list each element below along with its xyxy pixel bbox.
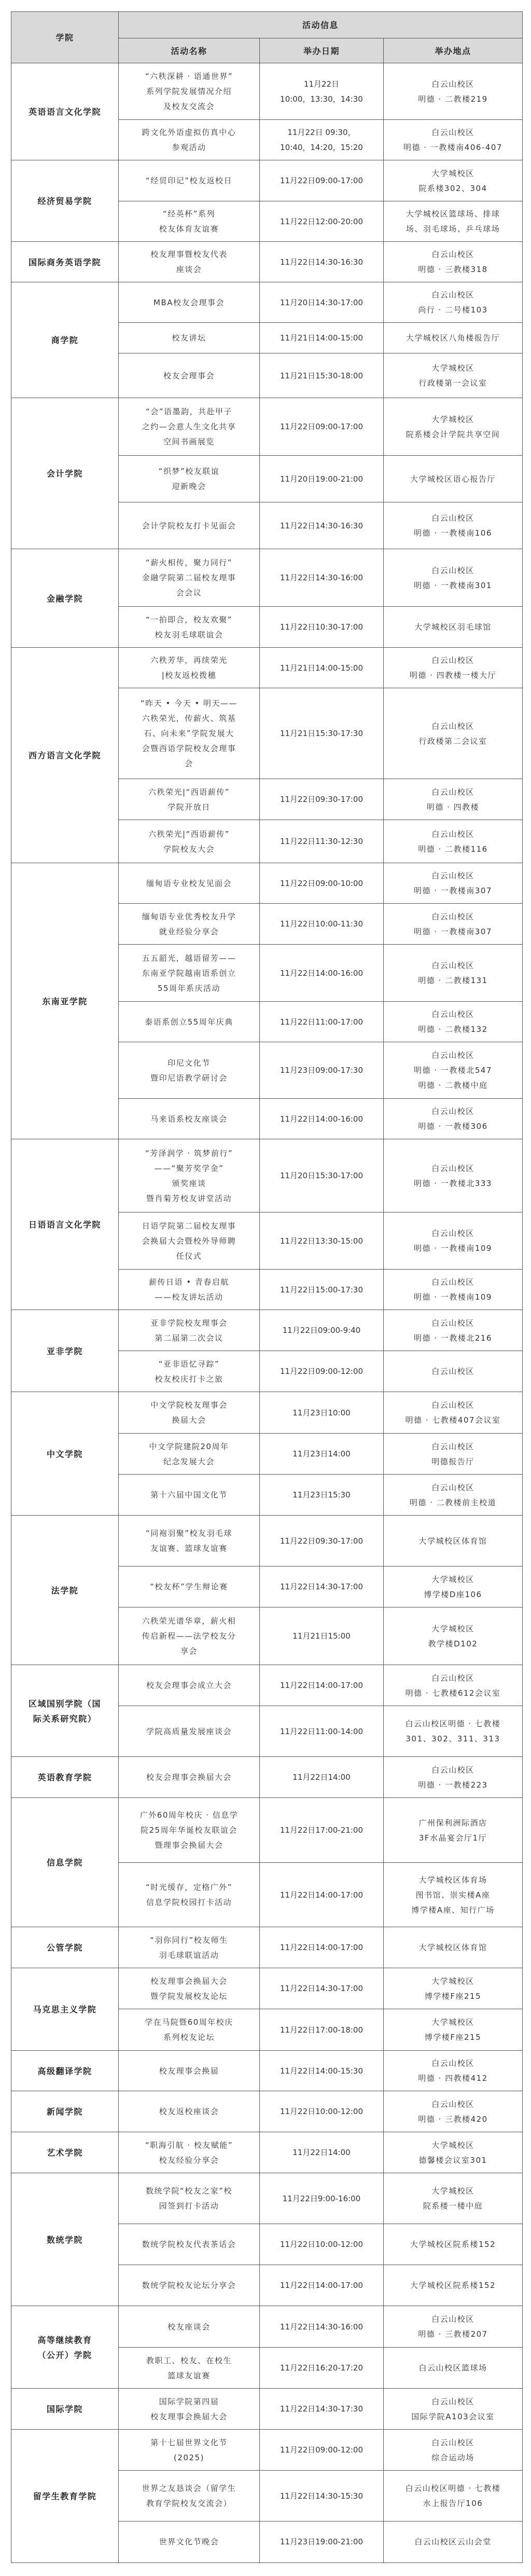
event-date-cell: 11月22日09:00-12:00	[259, 1351, 384, 1393]
event-name-cell-text: 校友会理事会成立大会	[146, 1678, 232, 1693]
event-place-cell-text: 白云山校区 明德 · 一教楼南301	[414, 563, 492, 593]
event-date-cell-text: 11月22日11:00-14:00	[280, 1724, 363, 1739]
event-name-cell-text: 中文学院校友理事会 换届大会	[150, 1398, 228, 1428]
event-date-cell-text: 11月22日14:30-17:00	[280, 1579, 363, 1594]
event-date-cell-text: 11月21日15:30-17:30	[280, 726, 363, 741]
event-place-cell-text: 大学城校区八角楼报告厅	[406, 331, 500, 346]
event-place-cell: 白云山校区 明德 · 二教楼131	[383, 944, 523, 1002]
header-activity-info: 活动信息	[118, 11, 523, 38]
event-place-cell-text: 大学城校区 博学楼F座215	[425, 1974, 481, 2004]
header-place-label: 举办地点	[435, 44, 471, 59]
event-place-cell: 白云山校区 明德 · 一教楼南406-407	[383, 119, 523, 161]
event-date-cell: 11月22日14:30-16:30	[259, 241, 384, 283]
event-place-cell: 白云山校区 明德 · 一教楼南307	[383, 903, 523, 945]
event-place-cell: 白云山校区篮球场	[383, 2347, 523, 2389]
event-date-cell: 11月22日14:00-17:00	[259, 1862, 384, 1928]
college-name-cell: 留学生教育学院	[11, 2429, 119, 2563]
event-place-cell-text: 白云山校区 明德 · 四教楼一楼大厅	[410, 653, 496, 683]
event-date-cell-text: 11月22日11:30-12:30	[280, 834, 363, 849]
college-name-cell: 国际商务英语学院	[11, 241, 119, 283]
event-name-cell-text: 缅甸语专业校友见面会	[146, 876, 232, 891]
event-place-cell-text: 白云山校区 明德 · 一教楼南106	[414, 511, 492, 541]
event-date-cell-text: 11月22日14:30-15:30	[280, 2489, 363, 2504]
event-date-cell-text: 11月21日14:00-15:00	[280, 661, 363, 676]
event-place-cell: 大学城校区体育场 图书馆、崇实楼A座 博学楼A座、知行广场	[383, 1862, 523, 1928]
event-name-cell: 六秩荣光|“西语薪传” 学院校友大会	[118, 820, 260, 864]
header-activity-info-label: 活动信息	[302, 18, 339, 33]
college-name-cell: 法学院	[11, 1515, 119, 1666]
event-place-cell-text: 大学城校区体育馆	[418, 1534, 487, 1549]
event-place-cell-text: 白云山校区 明德 · 一教楼北216	[414, 1316, 492, 1346]
event-date-cell-text: 11月23日19:00-21:00	[280, 2534, 363, 2550]
event-place-cell-text: 大学城校区 院系楼一楼中庭	[423, 2184, 483, 2214]
event-place-cell: 大学城校区体育馆	[383, 1927, 523, 1969]
college-name-cell-text: 英语语言文化学院	[29, 104, 101, 119]
event-place-cell: 白云山校区云山会堂	[383, 2521, 523, 2563]
event-place-cell: 大学城校区 博学楼D座106	[383, 1566, 523, 1608]
event-date-cell: 11月22日12:00-20:00	[259, 201, 384, 242]
event-place-cell-text: 白云山校区 明德 · 二教楼219	[418, 77, 487, 107]
event-date-cell-text: 11月22日9:00-16:00	[283, 2191, 361, 2206]
event-name-cell: “职海引航 · 校友赋能” 校友经验分享会	[118, 2132, 260, 2174]
event-name-cell-text: “亚非语忆寻踪” 校友校庆打卡之旅	[155, 1357, 223, 1387]
event-name-cell: “同袍羽聚”校友羽毛球 友谊赛、篮球友谊赛	[118, 1515, 260, 1567]
event-name-cell: “芳泽润学 · 筑梦前行” ——“聚芳奖学金” 颁奖座谈 暨肖菊芳校友讲堂活动	[118, 1139, 260, 1213]
event-date-cell-text: 11月23日15:30	[292, 1488, 350, 1503]
event-name-cell: 校友返校座谈会	[118, 2091, 260, 2133]
event-place-cell: 白云山校区 尚行 · 二号楼103	[383, 282, 523, 323]
event-date-cell: 11月22日14:30-16:30	[259, 502, 384, 550]
event-name-cell-text: 学院高质量发展座谈会	[146, 1724, 232, 1739]
event-place-cell-text: 白云山校区	[431, 1364, 474, 1379]
event-date-cell: 11月21日14:00-15:00	[259, 322, 384, 354]
event-date-cell-text: 11月22日17:00-18:00	[280, 2023, 363, 2038]
event-place-cell-text: 白云山校区 明德 · 一教楼南307	[414, 868, 492, 898]
header-college-label: 学院	[55, 30, 74, 45]
event-place-cell-text: 大学城校区篮球场、排球 场、羽毛球场、乒乓球场	[406, 207, 500, 237]
event-name-cell-text: 学在马院暨60周年校庆 系列校友论坛	[145, 2015, 233, 2045]
event-place-cell: 大学城校区 院系楼会计学院共享空间	[383, 398, 523, 456]
college-name-cell-text: 亚非学院	[47, 1344, 83, 1359]
college-name-cell-text: 商学院	[51, 333, 79, 348]
event-name-cell-text: “经贸印记”校友返校日	[146, 173, 232, 188]
event-name-cell: 国际学院第四届 校友理事会换届大会	[118, 2388, 260, 2430]
event-name-cell: 数统学院“校友之家”校 园签到打卡活动	[118, 2173, 260, 2225]
header-place: 举办地点	[383, 38, 523, 64]
event-place-cell-text: 大学城校区体育场 图书馆、崇实楼A座 博学楼A座、知行广场	[411, 1873, 494, 1918]
event-place-cell: 大学城校区羽毛球馆	[383, 606, 523, 648]
event-date-cell-text: 11月22日10:00-11:30	[280, 917, 363, 932]
event-place-cell-text: 大学城校区体育馆	[418, 1940, 487, 1955]
college-name-cell-text: 东南亚学院	[42, 994, 88, 1009]
event-name-cell: 跨文化外语虚拟仿真中心 参观活动	[118, 119, 260, 161]
event-date-cell-text: 11月23日09:00-17:30	[280, 1063, 363, 1078]
event-place-cell: 大学城校区篮球场、排球 场、羽毛球场、乒乓球场	[383, 201, 523, 242]
college-name-cell: 新闻学院	[11, 2091, 119, 2133]
event-name-cell: 日语学院第二届校友理事 会换届大会暨校外导师聘 任仪式	[118, 1212, 260, 1270]
college-name-cell: 东南亚学院	[11, 863, 119, 1140]
event-date-cell-text: 11月22日14:00	[292, 1770, 350, 1785]
event-date-cell-text: 11月20日15:30-17:00	[280, 1168, 363, 1183]
event-date-cell: 11月22日10:00-12:00	[259, 2091, 384, 2133]
event-name-cell: 中文学院校友理事会 换届大会	[118, 1392, 260, 1434]
event-name-cell: 亚非学院校友理事会 第二届第二次会议	[118, 1310, 260, 1352]
event-place-cell-text: 白云山校区 国际学院A103会议室	[411, 2394, 494, 2424]
event-name-cell: 第十七届世界文化节 (2025)	[118, 2429, 260, 2471]
header-date-label: 举办日期	[303, 44, 340, 59]
event-date-cell: 11月22日14:30-15:30	[259, 2470, 384, 2522]
event-name-cell-text: 校友会理事会换届大会	[146, 1770, 232, 1785]
event-date-cell-text: 11月22日14:30-16:30	[280, 519, 363, 534]
college-name-cell-text: 中文学院	[47, 1447, 83, 1462]
event-place-cell: 白云山校区 明德 · 三教楼420	[383, 2091, 523, 2133]
event-place-cell: 大学城校区 院系楼一楼中庭	[383, 2173, 523, 2225]
college-name-cell-text: 国际学院	[47, 2402, 83, 2417]
event-place-cell-text: 白云山校区 行政楼第二会议室	[418, 719, 487, 749]
college-name-cell-text: 马克思主义学院	[33, 2002, 97, 2017]
event-date-cell: 11月22日14:00-15:30	[259, 2050, 384, 2092]
event-name-cell-text: 缅甸语专业优秀校友升学 就业经验分享会	[142, 909, 236, 939]
event-name-cell: 数统学院校友论坛分享会	[118, 2265, 260, 2307]
event-place-cell-text: 白云山校区云山会堂	[414, 2534, 492, 2550]
event-place-cell: 白云山校区 明德 · 一教楼306	[383, 1098, 523, 1140]
event-date-cell: 11月22日10:00-11:30	[259, 903, 384, 945]
event-date-cell: 11月20日15:30-17:00	[259, 1139, 384, 1213]
event-date-cell: 11月22日11:00-14:00	[259, 1706, 384, 1757]
event-date-cell-text: 11月21日15:30-18:00	[280, 369, 363, 384]
event-name-cell: 校友理事会换届大会 暨学院发展校友论坛	[118, 1968, 260, 2010]
event-date-cell: 11月22日09:00-17:00	[259, 398, 384, 456]
event-date-cell: 11月22日15:00-17:30	[259, 1269, 384, 1311]
event-date-cell-text: 11月22日14:30-16:00	[280, 570, 363, 585]
event-date-cell-text: 11月22日12:00-20:00	[280, 214, 363, 229]
event-place-cell: 白云山校区 明德 · 二教楼116	[383, 820, 523, 864]
event-date-cell-text: 11月22日14:00-17:00	[280, 1678, 363, 1693]
college-name-cell: 信息学院	[11, 1797, 119, 1928]
event-place-cell: 白云山校区明德 · 七教楼 水上报告厅106	[383, 2470, 523, 2522]
event-name-cell-text: “羽你同行”校友师生 羽毛球联谊活动	[150, 1933, 228, 1963]
event-name-cell-text: 跨文化外语虚拟仿真中心 参观活动	[142, 125, 236, 155]
event-date-cell-text: 11月22日14:30-17:30	[280, 2402, 363, 2417]
event-date-cell-text: 11月22日09:00-12:00	[280, 1364, 363, 1379]
event-date-cell-text: 11月22日09:00-12:00	[280, 2443, 363, 2458]
event-date-cell: 11月22日14:00-16:00	[259, 1098, 384, 1140]
college-name-cell: 亚非学院	[11, 1310, 119, 1393]
college-name-cell-text: 西方语言文化学院	[29, 748, 101, 763]
event-name-cell-text: 薪传日语 • 青春启航 ——校友讲坛活动	[149, 1275, 229, 1305]
event-place-cell: 广州保利洲际酒店 3F水晶宴会厅1厅	[383, 1797, 523, 1863]
event-date-cell: 11月20日14:30-17:00	[259, 282, 384, 323]
event-place-cell: 白云山校区明德 · 七教楼 301、302、311、313	[383, 1706, 523, 1757]
college-name-cell-text: 艺术学院	[47, 2145, 83, 2160]
event-place-cell-text: 白云山校区 明德 · 二教楼131	[418, 958, 487, 988]
event-place-cell-text: 白云山校区 明德 · 四教楼412	[418, 2056, 487, 2086]
event-name-cell: 校友座谈会	[118, 2306, 260, 2348]
event-place-cell-text: 白云山校区 明德 · 一教楼南307	[414, 909, 492, 939]
event-date-cell-text: 11月22日09:30-17:00	[280, 1534, 363, 1549]
college-name-cell-text: 国际商务英语学院	[29, 255, 101, 270]
event-date-cell-text: 11月22日14:00-17:00	[280, 1888, 363, 1903]
event-place-cell: 大学城校区院系楼152	[383, 2265, 523, 2307]
event-date-cell: 11月23日10:00	[259, 1392, 384, 1434]
event-date-cell: 11月22日 10:00，13:30，14:30	[259, 63, 384, 120]
event-name-cell: “时光缓存，定格广外” 信息学院校园打卡活动	[118, 1862, 260, 1928]
college-name-cell-text: 高级翻译学院	[37, 2064, 92, 2079]
college-name-cell: 商学院	[11, 282, 119, 399]
event-place-cell-text: 白云山校区 明德报告厅	[431, 1439, 474, 1469]
event-place-cell: 白云山校区 明德 · 七教楼407会议室	[383, 1392, 523, 1434]
college-name-cell-text: 区域国别学院（国 际关系研究院）	[29, 1696, 101, 1726]
college-name-cell-text: 高等继续教育 （公开）学院	[37, 2333, 92, 2363]
event-name-cell: 校友理事暨校友代表 座谈会	[118, 241, 260, 283]
event-place-cell: 白云山校区 明德 · 二教楼前主校道	[383, 1474, 523, 1516]
college-name-cell: 西方语言文化学院	[11, 647, 119, 864]
event-name-cell: MBA校友会理事会	[118, 282, 260, 323]
event-place-cell: 大学城校区 博学楼F座215	[383, 2009, 523, 2051]
event-place-cell: 白云山校区 明德 · 四教楼412	[383, 2050, 523, 2092]
college-name-cell: 艺术学院	[11, 2132, 119, 2174]
event-date-cell-text: 11月23日10:00	[292, 1406, 350, 1421]
event-date-cell: 11月23日19:00-21:00	[259, 2521, 384, 2563]
event-date-cell-text: 11月22日09:00-9:40	[283, 1323, 361, 1338]
event-name-cell: “经贸印记”校友返校日	[118, 160, 260, 202]
event-date-cell: 11月22日17:00-21:00	[259, 1797, 384, 1863]
event-place-cell: 白云山校区 明德 · 三教楼207	[383, 2306, 523, 2348]
event-name-cell-text: 校友座谈会	[167, 2320, 211, 2335]
event-name-cell-text: “薪火相传，聚力同行” 金融学院第二届校友理事 会会议	[142, 555, 236, 601]
event-name-cell-text: “一拍即合，校友欢聚” 校友羽毛球联谊会	[146, 612, 232, 643]
event-place-cell-text: 大学城校区 教学楼D102	[428, 1621, 478, 1652]
event-place-cell: 白云山校区 明德 · 三教楼318	[383, 241, 523, 283]
event-date-cell: 11月20日19:00-21:00	[259, 455, 384, 503]
event-name-cell-text: “校友杯”学生辩论赛	[150, 1579, 228, 1594]
event-date-cell-text: 11月22日14:00-15:30	[280, 2064, 363, 2079]
event-date-cell: 11月22日14:30-17:30	[259, 2388, 384, 2430]
event-place-cell-text: 白云山校区 明德 · 七教楼612会议室	[406, 1671, 501, 1701]
college-name-cell: 区域国别学院（国 际关系研究院）	[11, 1665, 119, 1757]
event-date-cell-text: 11月22日14:30-16:00	[280, 2320, 363, 2335]
event-name-cell: 泰语系创立55周年庆典	[118, 1001, 260, 1043]
event-name-cell: 五五韶光，越语留芳—— 东南亚学院越南语系创立 55周年系庆活动	[118, 944, 260, 1002]
event-name-cell-text: “职海引航 · 校友赋能” 校友经验分享会	[145, 2138, 233, 2168]
event-name-cell-text: 日语学院第二届校友理事 会换届大会暨校外导师聘 任仪式	[142, 1219, 236, 1264]
event-place-cell: 白云山校区 明德 · 四教楼	[383, 779, 523, 821]
event-name-cell-text: 校友讲坛	[172, 331, 206, 346]
event-place-cell: 白云山校区 明德 · 一教楼北547 明德 · 二教楼中庭	[383, 1042, 523, 1099]
event-date-cell-text: 11月23日14:00	[292, 1447, 350, 1462]
event-name-cell: 校友会理事会换届大会	[118, 1756, 260, 1798]
event-name-cell: 薪传日语 • 青春启航 ——校友讲坛活动	[118, 1269, 260, 1311]
event-date-cell: 11月22日10:30-17:00	[259, 606, 384, 648]
event-date-cell: 11月22日14:00	[259, 2132, 384, 2174]
event-date-cell-text: 11月21日15:00	[292, 1629, 350, 1644]
event-name-cell: 世界之友恳谈会（留学生 教育学院校友交流会）	[118, 2470, 260, 2522]
event-place-cell-text: 白云山校区 明德 · 一教楼南109	[414, 1226, 492, 1256]
event-date-cell: 11月22日14:00-16:00	[259, 944, 384, 1002]
event-place-cell-text: 大学城校区院系楼152	[410, 2278, 496, 2293]
event-place-cell: 白云山校区 明德报告厅	[383, 1433, 523, 1475]
event-place-cell: 白云山校区 明德 · 一教楼南301	[383, 549, 523, 607]
event-place-cell: 大学城校区八角楼报告厅	[383, 322, 523, 354]
event-date-cell-text: 11月22日16:20-17:20	[280, 2361, 363, 2376]
event-date-cell-text: 11月22日 10:00，13:30，14:30	[280, 77, 363, 107]
event-place-cell-text: 白云山校区 明德 · 一教楼306	[418, 1104, 487, 1134]
event-name-cell: “校友杯”学生辩论赛	[118, 1566, 260, 1608]
college-name-cell-text: 英语教育学院	[37, 1770, 92, 1785]
header-date: 举办日期	[259, 38, 384, 64]
event-date-cell-text: 11月22日14:00-17:00	[280, 2278, 363, 2293]
event-place-cell-text: 大学城校区 行政楼第一会议室	[418, 361, 487, 391]
college-name-cell: 公管学院	[11, 1927, 119, 1969]
event-date-cell: 11月22日14:30-17:00	[259, 1566, 384, 1608]
event-place-cell: 白云山校区 明德 · 七教楼612会议室	[383, 1665, 523, 1707]
event-place-cell: 大学城校区院系楼152	[383, 2224, 523, 2266]
event-date-cell-text: 11月20日19:00-21:00	[280, 472, 363, 487]
event-name-cell-text: 数统学院“校友之家”校 园签到打卡活动	[146, 2184, 232, 2214]
event-date-cell-text: 11月22日14:00-17:00	[280, 1940, 363, 1955]
event-name-cell-text: MBA校友会理事会	[153, 295, 225, 310]
event-place-cell: 白云山校区 国际学院A103会议室	[383, 2388, 523, 2430]
event-place-cell-text: 白云山校区 明德 · 一教楼北547 明德 · 二教楼中庭	[414, 1048, 492, 1093]
event-place-cell: 大学城校区 博学楼F座215	[383, 1968, 523, 2010]
event-place-cell: 白云山校区 明德 · 二教楼132	[383, 1001, 523, 1043]
event-date-cell: 11月22日09:00-9:40	[259, 1310, 384, 1352]
event-date-cell: 11月22日14:00-17:00	[259, 1927, 384, 1969]
event-date-cell: 11月22日14:30-16:00	[259, 2306, 384, 2348]
event-date-cell-text: 11月22日09:00-17:00	[280, 173, 363, 188]
event-date-cell-text: 11月20日14:30-17:00	[280, 295, 363, 310]
event-date-cell: 11月22日13:30-15:00	[259, 1212, 384, 1270]
event-date-cell: 11月22日17:00-18:00	[259, 2009, 384, 2051]
event-name-cell: “织梦”校友联谊 迎新晚会	[118, 455, 260, 503]
event-name-cell-text: 校友理事会换届	[159, 2064, 219, 2079]
event-place-cell: 大学城校区 行政楼第一会议室	[383, 353, 523, 399]
event-date-cell: 11月21日15:00	[259, 1607, 384, 1666]
event-name-cell: “亚非语忆寻踪” 校友校庆打卡之旅	[118, 1351, 260, 1393]
event-place-cell-text: 白云山校区 明德 · 一教楼北333	[414, 1161, 492, 1191]
event-place-cell-text: 白云山校区 明德 · 二教楼116	[418, 827, 487, 857]
event-name-cell-text: 泰语系创立55周年庆典	[145, 1015, 233, 1030]
event-place-cell-text: 白云山校区 明德 · 一教楼223	[418, 1763, 487, 1793]
event-date-cell: 11月22日10:00-12:00	[259, 2224, 384, 2266]
event-name-cell: 数统学院校友代表茶话会	[118, 2224, 260, 2266]
event-place-cell: 白云山校区 明德 · 一教楼北333	[383, 1139, 523, 1213]
event-name-cell: “薪火相传，聚力同行” 金融学院第二届校友理事 会会议	[118, 549, 260, 607]
event-name-cell: 学院高质量发展座谈会	[118, 1706, 260, 1757]
event-name-cell: 马来语系校友座谈会	[118, 1098, 260, 1140]
event-date-cell: 11月22日14:00	[259, 1756, 384, 1798]
event-date-cell: 11月22日09:00-17:00	[259, 160, 384, 202]
event-date-cell-text: 11月22日10:30-17:00	[280, 620, 363, 635]
college-name-cell: 高级翻译学院	[11, 2050, 119, 2092]
event-place-cell-text: 大学城校区 院系楼会计学院共享空间	[406, 412, 500, 442]
event-place-cell-text: 大学城校区 院系楼302、304	[418, 166, 487, 196]
event-date-cell-text: 11月22日11:00-17:00	[280, 1015, 363, 1030]
event-place-cell-text: 白云山校区 明德 · 一教楼南109	[414, 1275, 492, 1305]
event-place-cell-text: 白云山校区 明德 · 三教楼318	[418, 247, 487, 277]
college-name-cell-text: 公管学院	[47, 1940, 83, 1955]
event-name-cell-text: 中文学院建院20周年 纪念发展大会	[149, 1439, 229, 1469]
event-place-cell-text: 大学城校区 博学楼F座215	[425, 2015, 481, 2045]
event-place-cell-text: 白云山校区 明德 · 二教楼132	[418, 1007, 487, 1037]
event-name-cell-text: 第十七届世界文化节 (2025)	[150, 2435, 228, 2465]
college-name-cell: 高等继续教育 （公开）学院	[11, 2306, 119, 2389]
event-name-cell-text: “同袍羽聚”校友羽毛球 友谊赛、篮球友谊赛	[146, 1526, 232, 1556]
event-name-cell: 校友会理事会成立大会	[118, 1665, 260, 1707]
event-place-cell-text: 白云山校区 明德 · 三教楼207	[418, 2312, 487, 2342]
event-name-cell: 教职工、校友、在校生 篮球友谊赛	[118, 2347, 260, 2389]
college-name-cell: 会计学院	[11, 398, 119, 550]
event-place-cell: 白云山校区 明德 · 一教楼南307	[383, 863, 523, 904]
event-place-cell: 白云山校区 明德 · 一教楼北216	[383, 1310, 523, 1352]
college-name-cell-text: 留学生教育学院	[33, 2489, 97, 2504]
event-place-cell: 大学城校区体育馆	[383, 1515, 523, 1567]
event-name-cell: 校友会理事会	[118, 353, 260, 399]
event-name-cell-text: 校友理事会换届大会 暨学院发展校友论坛	[150, 1974, 228, 2004]
college-name-cell: 国际学院	[11, 2388, 119, 2430]
event-name-cell-text: 六秩荣光|“西语薪传” 学院开放日	[148, 785, 230, 815]
event-place-cell-text: 白云山校区 明德 · 三教楼420	[418, 2097, 487, 2127]
event-date-cell: 11月22日09:30-17:00	[259, 1515, 384, 1567]
event-date-cell: 11月22日14:30-16:00	[259, 549, 384, 607]
event-name-cell: 缅甸语专业校友见面会	[118, 863, 260, 904]
event-place-cell-text: 广州保利洲际酒店 3F水晶宴会厅1厅	[418, 1816, 487, 1846]
event-name-cell-text: 广外60周年校庆 · 信息学 院25周年华诞校友联谊会 暨理事会换届大会	[140, 1808, 238, 1853]
college-name-cell: 英语教育学院	[11, 1756, 119, 1798]
event-place-cell: 白云山校区 综合运动场	[383, 2429, 523, 2471]
college-name-cell: 数统学院	[11, 2173, 119, 2307]
event-place-cell-text: 大学城校区羽毛球馆	[414, 620, 492, 635]
event-name-cell-text: 五五韶光，越语留芳—— 东南亚学院越南语系创立 55周年系庆活动	[142, 951, 236, 996]
event-name-cell: 第十六届中国文化节	[118, 1474, 260, 1516]
event-place-cell: 白云山校区 行政楼第二会议室	[383, 688, 523, 780]
event-name-cell-text: 第十六届中国文化节	[150, 1488, 228, 1503]
event-place-cell: 大学城校区 德馨楼会议室301	[383, 2132, 523, 2174]
college-name-cell: 金融学院	[11, 549, 119, 648]
event-name-cell-text: “时光缓存，定格广外” 信息学院校园打卡活动	[146, 1880, 232, 1910]
event-name-cell: 六秩荣光|“西语薪传” 学院开放日	[118, 779, 260, 821]
event-date-cell: 11月22日 09:30， 10:40，14:20，15:20	[259, 119, 384, 161]
event-name-cell-text: 校友会理事会	[163, 369, 215, 384]
event-date-cell: 11月22日09:00-10:00	[259, 863, 384, 904]
event-date-cell-text: 11月22日13:30-15:00	[280, 1234, 363, 1249]
event-date-cell-text: 11月22日14:30-17:00	[280, 1981, 363, 1996]
event-place-cell-text: 大学城校区语心报告厅	[410, 472, 496, 487]
event-date-cell-text: 11月22日09:00-17:00	[280, 419, 363, 434]
college-name-cell-text: 金融学院	[47, 591, 83, 606]
header-college: 学院	[11, 11, 119, 64]
header-activity-name: 活动名称	[118, 38, 260, 64]
event-place-cell-text: 白云山校区明德 · 七教楼 水上报告厅106	[406, 2481, 501, 2511]
college-name-cell: 中文学院	[11, 1392, 119, 1516]
event-name-cell-text: “六秩深耕 · 语通世界” 系列学院发展情况介绍 及校友交流会	[145, 69, 233, 114]
event-name-cell-text: 会计学院校友打卡见面会	[142, 519, 236, 534]
event-name-cell: 会计学院校友打卡见面会	[118, 502, 260, 550]
event-name-cell-text: 国际学院第四届 校友理事会换届大会	[150, 2394, 228, 2424]
event-place-cell-text: 白云山校区 综合运动场	[431, 2435, 474, 2465]
event-date-cell: 11月22日11:30-12:30	[259, 820, 384, 864]
college-name-cell-text: 数统学院	[47, 2232, 83, 2247]
event-date-cell-text: 11月22日15:00-17:30	[280, 1283, 363, 1298]
event-place-cell-text: 白云山校区篮球场	[418, 2361, 487, 2376]
event-name-cell-text: 六秩芳华，再续荣光 |校友返校拨穗	[150, 653, 228, 683]
event-date-cell-text: 11月22日17:00-21:00	[280, 1823, 363, 1838]
event-name-cell: “羽你同行”校友师生 羽毛球联谊活动	[118, 1927, 260, 1969]
event-name-cell-text: “芳泽润学 · 筑梦前行” ——“聚芳奖学金” 颁奖座谈 暨肖菊芳校友讲堂活动	[145, 1146, 233, 1206]
college-name-cell-text: 日语语言文化学院	[29, 1217, 101, 1232]
event-name-cell-text: 教职工、校友、在校生 篮球友谊赛	[146, 2353, 232, 2383]
event-place-cell: 白云山校区 明德 · 四教楼一楼大厅	[383, 647, 523, 689]
